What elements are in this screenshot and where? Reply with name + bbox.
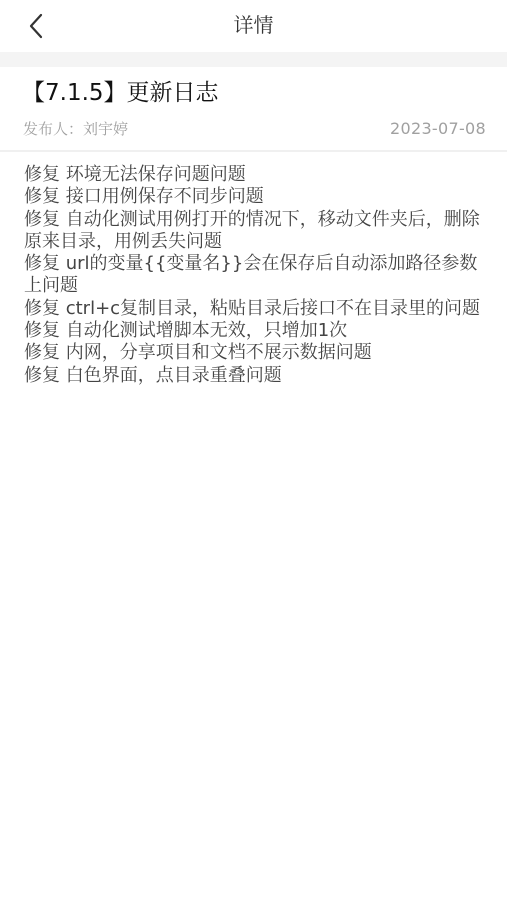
changelog-line: 修复 内网，分享项目和文档不展示数据问题 [24,342,490,364]
article-title: 【7.1.5】更新日志 [22,78,219,108]
changelog-line: 修复 自动化测试用例打开的情况下，移动文件夹后，删除原来目录，用例丢失问题 [24,209,490,254]
article-body: 修复 环境无法保存问题问题 修复 接口用例保存不同步问题 修复 自动化测试用例打… [24,164,490,387]
divider [0,150,507,152]
changelog-line: 修复 环境无法保存问题问题 [24,164,490,186]
publish-date: 2023-07-08 [390,119,486,139]
author-meta: 发布人：刘宇婷 [23,119,128,139]
section-separator [0,52,507,67]
changelog-line: 修复 ctrl+c复制目录，粘贴目录后接口不在目录里的问题 [24,298,490,320]
article-header: 【7.1.5】更新日志 发布人：刘宇婷 2023-07-08 [0,67,507,151]
changelog-line: 修复 url的变量{{变量名}}会在保存后自动添加路径参数上问题 [24,253,490,298]
changelog-line: 修复 自动化测试增脚本无效，只增加1次 [24,320,490,342]
page-title: 详情 [0,12,507,38]
changelog-line: 修复 接口用例保存不同步问题 [24,186,490,208]
navbar: 详情 [0,0,507,52]
changelog-line: 修复 白色界面，点目录重叠问题 [24,365,490,387]
author-label: 发布人： [23,120,83,138]
author-name: 刘宇婷 [83,120,128,138]
